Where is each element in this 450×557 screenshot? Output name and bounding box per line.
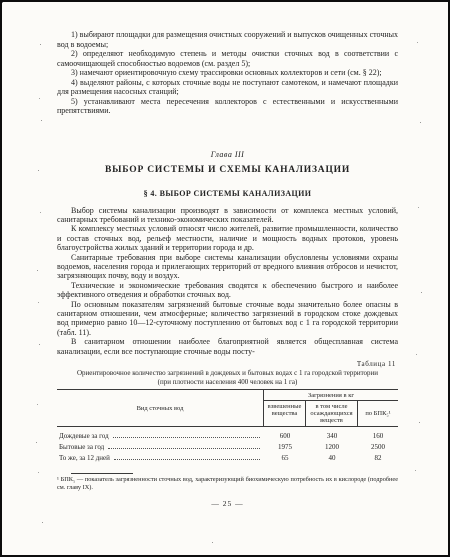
data-table: Вид сточных вод Загрязнения в кг взвешен… [57, 389, 398, 469]
table-header: Вид сточных вод Загрязнения в кг взвешен… [57, 390, 398, 427]
column-header-bod: по БПК₅¹ [358, 401, 398, 426]
list-item-3: 3) намечают ориентировочную схему трасси… [57, 68, 398, 78]
table-caption: Ориентировочное количество загрязнений в… [75, 369, 380, 386]
paragraph-1: Выбор системы канализации производят в з… [57, 206, 398, 225]
table-row: Бытовые за год 1975 1200 2500 [57, 441, 398, 452]
cell-value: 40 [306, 453, 358, 463]
column-group-pollution: Загрязнения в кг взвешенные вещества в т… [264, 390, 398, 426]
list-item-2: 2) определяют необходимую степень и мето… [57, 49, 398, 68]
paragraph-4: Технические и экономические требования с… [57, 281, 398, 300]
table-row: Дождевые за год 600 340 160 [57, 430, 398, 441]
paragraph-5: По основным показателям загрязнений быто… [57, 300, 398, 338]
cell-value: 1200 [306, 442, 358, 452]
table-number-label: Таблица 11 [57, 360, 396, 368]
list-item-5: 5) устанавливают места пересечения колле… [57, 97, 398, 116]
paragraph-2: К комплексу местных условий относят числ… [57, 224, 398, 252]
cell-value: 160 [358, 431, 398, 441]
dot-leader [108, 441, 260, 449]
column-subheaders: взвешенные вещества в том числе осаждающ… [264, 401, 398, 426]
cell-value: 340 [306, 431, 358, 441]
list-item-1: 1) выбирают площадки для размещения очис… [57, 30, 398, 49]
footnote: ¹ БПК₅ — показатель загрязненности сточн… [57, 473, 398, 491]
cell-value: 82 [358, 453, 398, 463]
column-header-settleable: в том числе осаждающихся веществ [306, 401, 358, 426]
column-header-suspended: взвешенные вещества [264, 401, 306, 426]
body-paragraphs: Выбор системы канализации производят в з… [57, 206, 398, 357]
chapter-label: Глава III [57, 150, 398, 159]
row-label: Бытовые за год [57, 442, 104, 452]
cell-value: 1975 [264, 442, 306, 452]
row-label: То же, за 12 дней [57, 453, 110, 463]
numbered-list: 1) выбирают площадки для размещения очис… [57, 30, 398, 116]
row-label: Дождевые за год [57, 431, 109, 441]
table-body: Дождевые за год 600 340 160 Бытовые за г… [57, 427, 398, 469]
dot-leader [113, 430, 260, 438]
list-item-4: 4) выделяют районы, с которых сточные во… [57, 78, 398, 97]
column-group-header: Загрязнения в кг [264, 390, 398, 401]
section-title: § 4. ВЫБОР СИСТЕМЫ КАНАЛИЗАЦИИ [57, 189, 398, 198]
paragraph-6: В санитарном отношении наиболее благопри… [57, 337, 398, 356]
chapter-title: ВЫБОР СИСТЕМЫ И СХЕМЫ КАНАЛИЗАЦИИ [57, 165, 398, 175]
footnote-rule [71, 473, 133, 474]
page-number: — 25 — [57, 499, 398, 508]
cell-value: 600 [264, 431, 306, 441]
page-content: 1) выбирают площадки для размещения очис… [57, 30, 398, 508]
cell-value: 2500 [358, 442, 398, 452]
column-header-type: Вид сточных вод [57, 390, 264, 426]
cell-value: 65 [264, 453, 306, 463]
scanned-book-page: 1) выбирают площадки для размещения очис… [0, 0, 450, 557]
scan-noise-specks [2, 2, 3, 3]
footnote-text: ¹ БПК₅ — показатель загрязненности сточн… [57, 476, 398, 491]
table-row: То же, за 12 дней 65 40 82 [57, 452, 398, 463]
dot-leader [114, 452, 260, 460]
paragraph-3: Санитарные требования при выборе системы… [57, 253, 398, 281]
